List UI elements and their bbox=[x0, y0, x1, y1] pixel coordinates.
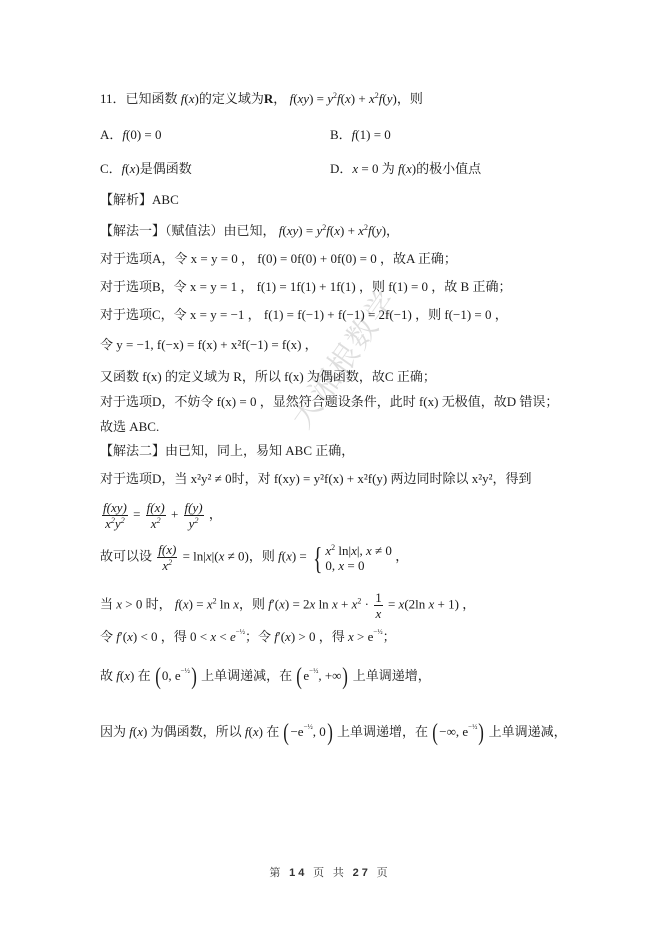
method1-line-c3: 又函数 f(x) 的定义域为 R，所以 f(x) 为偶函数，故C 正确； bbox=[100, 368, 436, 386]
current-page: 14 bbox=[289, 867, 307, 879]
method1-heading: 【解法一】（赋值法）由已知， f(xy) = y2f(x) + x2f(y)， bbox=[100, 222, 399, 240]
sign-line: 令 f′(x) < 0 ，得 0 < x < e−½；令 f′(x) > 0 ，… bbox=[100, 628, 396, 646]
method1-line-c2: 令 y = −1, f(−x) = f(x) + x²f(−1) = f(x) … bbox=[100, 336, 318, 354]
method2-heading: 【解法二】由已知，同上，易知 ABC 正确， bbox=[100, 442, 354, 460]
monotonic-positive: 故 f(x) 在 (0, e−½) 上单调递减，在 (e−½, +∞) 上单调递… bbox=[100, 667, 431, 687]
option-b: B．f(1) = 0 bbox=[330, 126, 391, 144]
functional-equation: f bbox=[290, 91, 294, 106]
stem-text: 已知函数 bbox=[126, 91, 178, 106]
option-a: A．f(0) = 0 bbox=[100, 126, 162, 144]
question-stem: 11．已知函数 f(x)的定义域为R， f(xy) = y2f(x) + x2f… bbox=[100, 90, 423, 108]
method1-line-d: 对于选项D，不妨令 f(x) = 0 ，显然符合题设条件，此时 f(x) 无极值… bbox=[100, 393, 558, 411]
watermark: 大湘根数学 bbox=[278, 279, 406, 435]
method1-conclusion: 故选 ABC. bbox=[100, 418, 159, 436]
question-number: 11． bbox=[100, 91, 126, 106]
page-footer: 第 14 页 共 27 页 bbox=[0, 864, 660, 880]
analysis-answer: 【解析】ABC bbox=[100, 191, 179, 209]
set-assumption: 故可以设 f(x)x2 = ln|x|(x ≠ 0)，则 f(x) = {x2 … bbox=[100, 542, 408, 573]
method1-line-a: 对于选项A，令 x = y = 0 ， f(0) = 0f(0) + 0f(0)… bbox=[100, 250, 457, 268]
derivative-line: 当 x > 0 时， f(x) = x2 ln x，则 f′(x) = 2x l… bbox=[100, 590, 475, 621]
method1-line-c: 对于选项C，令 x = y = −1 ， f(1) = f(−1) + f(−1… bbox=[100, 306, 508, 324]
method2-line-d: 对于选项D，当 x²y² ≠ 0时，对 f(xy) = y²f(x) + x²f… bbox=[100, 470, 532, 488]
method1-line-b: 对于选项B，令 x = y = 1 ， f(1) = 1f(1) + 1f(1)… bbox=[100, 278, 511, 296]
total-pages: 27 bbox=[353, 867, 371, 879]
option-c: C．f(x)是偶函数 bbox=[100, 160, 192, 178]
fraction-equation: f(xy)x2y2 = f(x)x2 + f(y)y2 ， bbox=[100, 500, 222, 531]
option-d: D．x = 0 为 f(x)的极小值点 bbox=[330, 160, 481, 178]
monotonic-negative: 因为 f(x) 为偶函数，所以 f(x) 在 (−e−½, 0) 上单调递增，在… bbox=[100, 723, 567, 743]
